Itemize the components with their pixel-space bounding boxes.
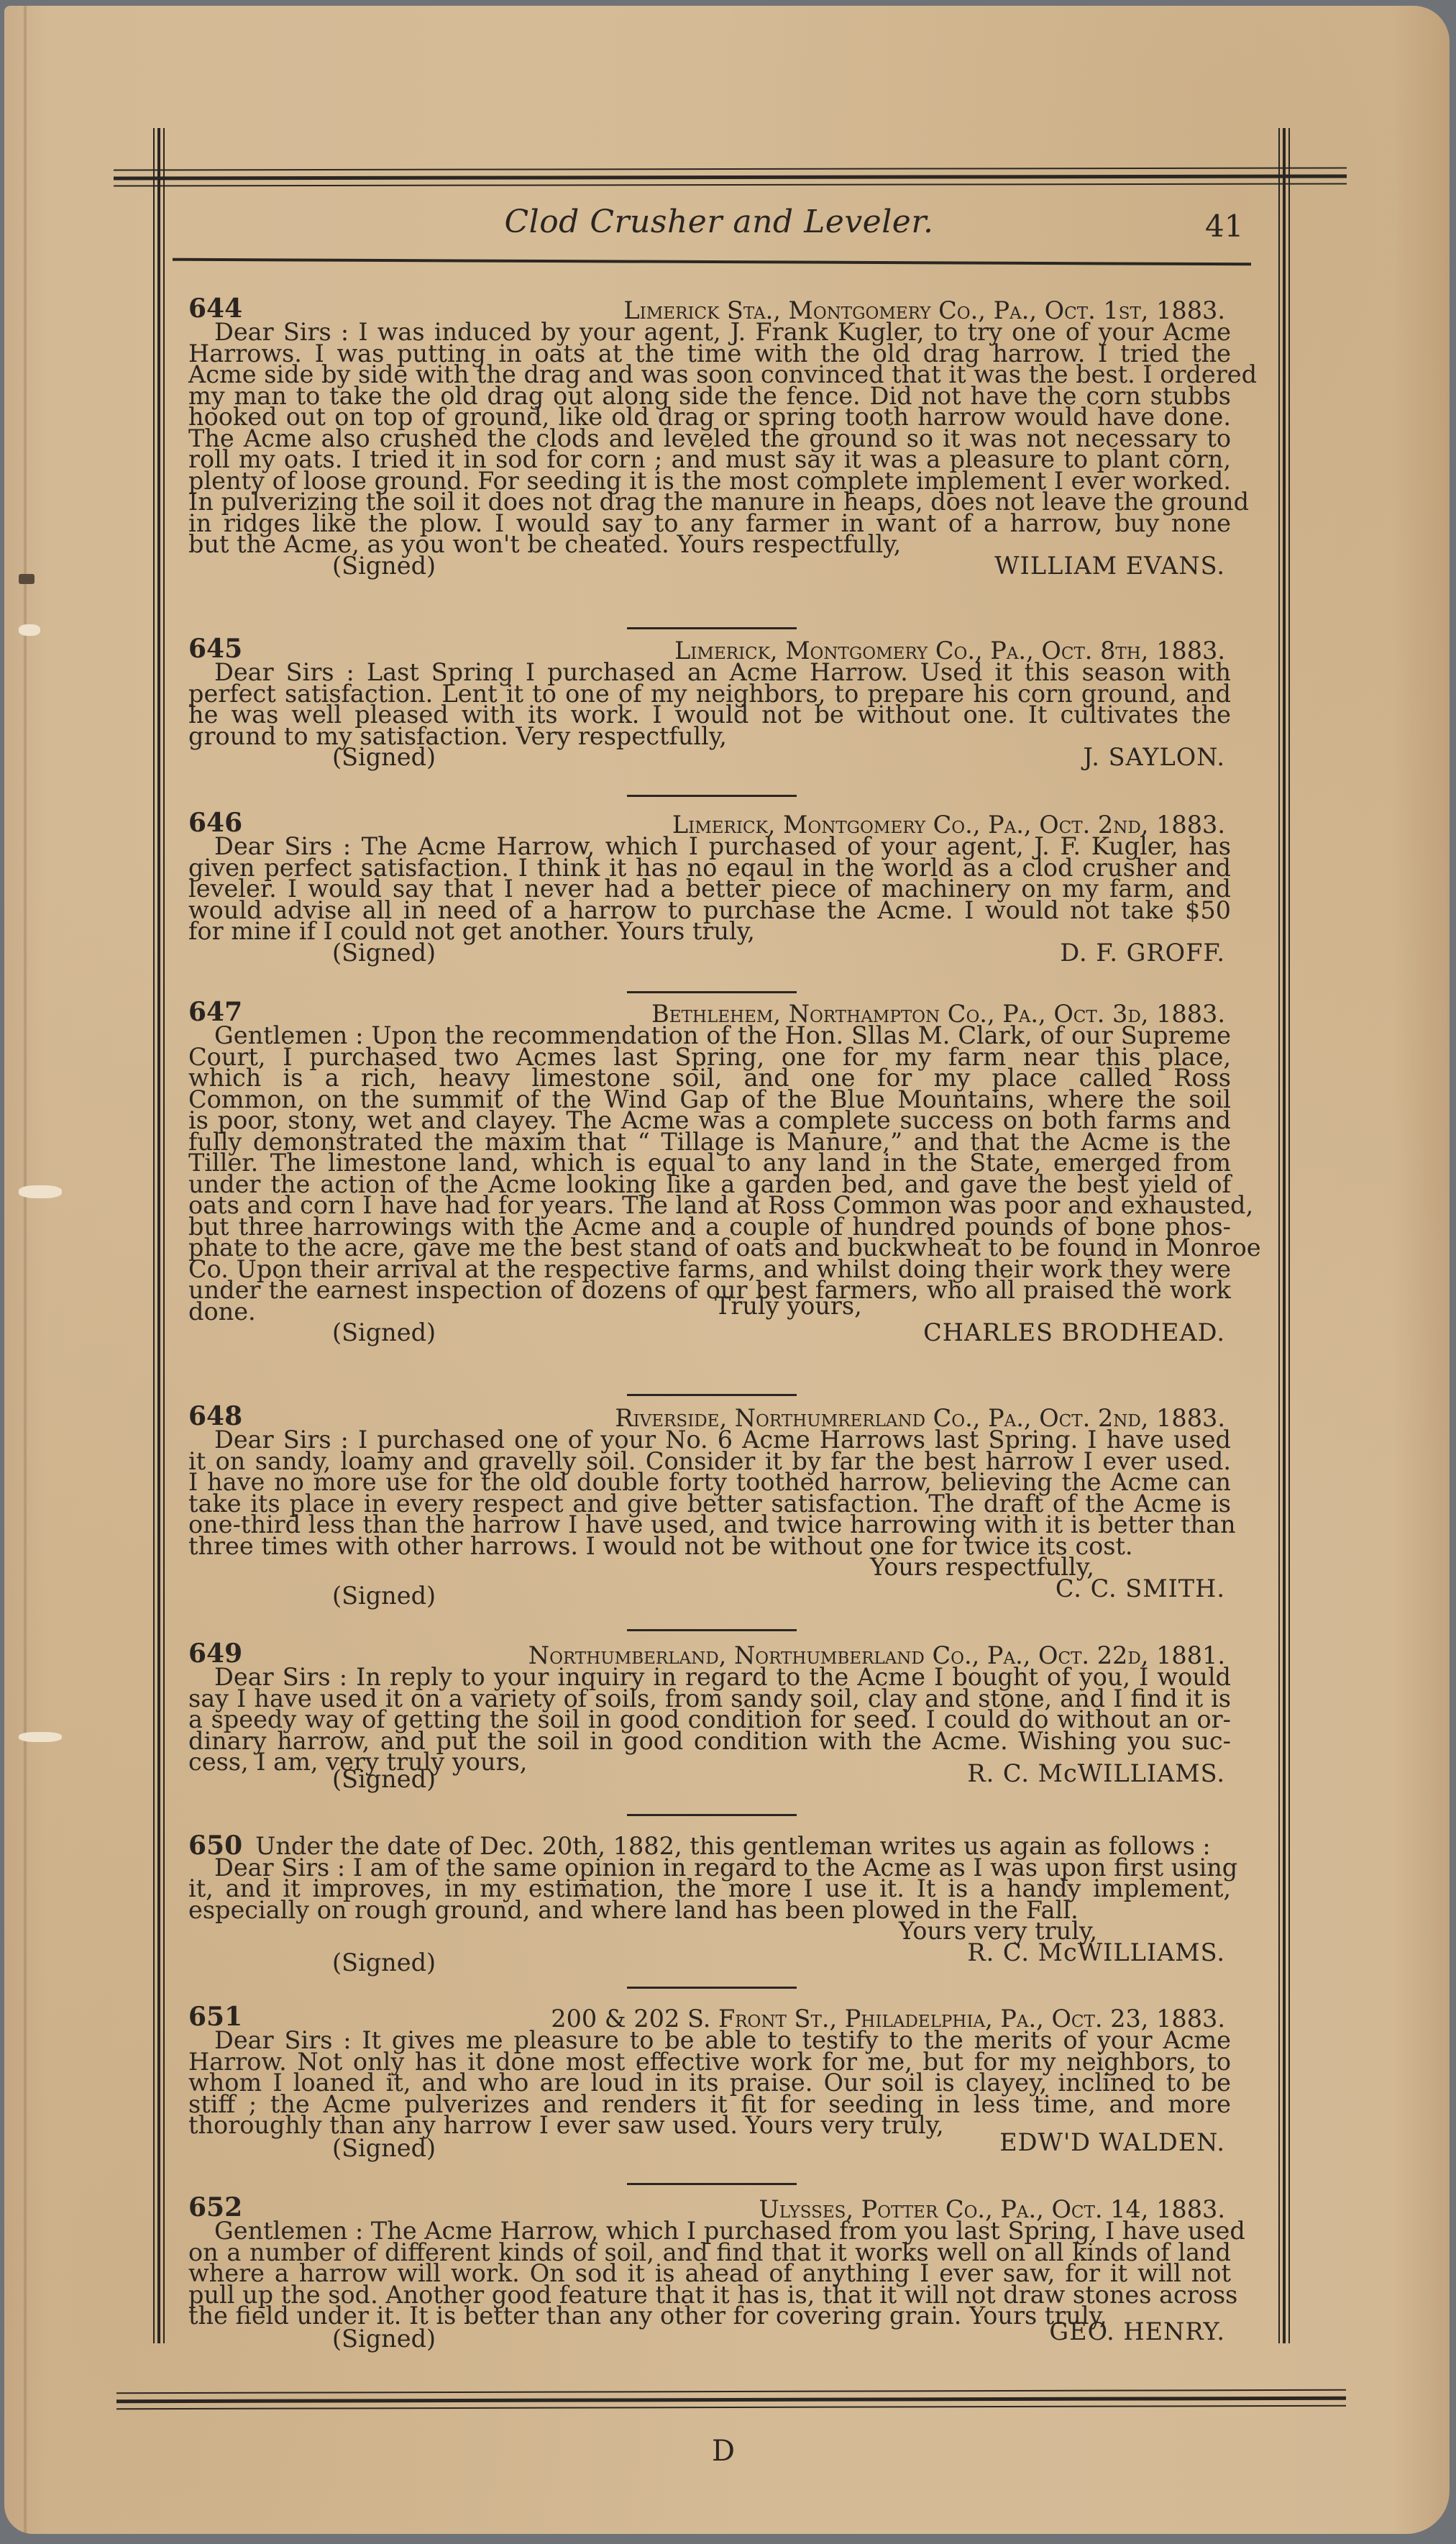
testimonial-place-date: Ulysses, Potter Co., Pa., Oct. 14, 1883.	[759, 2199, 1226, 2220]
signed-label: (Signed)	[332, 1769, 436, 1790]
signed-label: (Signed)	[332, 1322, 436, 1344]
signature-mark: D	[712, 2435, 735, 2468]
testimonial-number: 646	[188, 813, 242, 834]
separator-rule	[627, 1814, 797, 1816]
testimonial-646: 646 Limerick, Montgomery Co., Pa., Oct. …	[188, 813, 1231, 967]
top-border-rule	[114, 163, 1347, 194]
page-tear	[19, 624, 40, 636]
testimonial-number: 649	[188, 1643, 242, 1665]
signed-label: (Signed)	[332, 2328, 436, 2350]
testimonial-body: Dear Sirs : The Acme Harrow, which I pur…	[188, 836, 1231, 942]
separator-rule	[627, 627, 797, 629]
signer-name: WILLIAM EVANS.	[994, 555, 1225, 577]
testimonial-number: 645	[188, 639, 242, 660]
signed-label: (Signed)	[332, 747, 436, 768]
testimonial-body: Dear Sirs : It gives me pleasure to be a…	[188, 2030, 1231, 2136]
testimonial-number: 648	[188, 1406, 242, 1428]
signer-name: R. C. McWILLIAMS.	[967, 1763, 1225, 1784]
signed-label: (Signed)	[332, 1952, 436, 1974]
testimonial-place-date: Riverside, Northumrerland Co., Pa., Oct.…	[615, 1408, 1225, 1429]
closing-salutation: Truly yours,	[715, 1295, 862, 1317]
testimonial-body: Dear Sirs : I am of the same opinion in …	[188, 1857, 1231, 1942]
separator-rule	[627, 1987, 797, 1989]
signer-name: D. F. GROFF.	[1060, 942, 1225, 964]
separator-rule	[627, 991, 797, 993]
separator-rule	[627, 795, 797, 797]
ink-mark	[19, 574, 35, 584]
signed-label: (Signed)	[332, 555, 436, 577]
testimonial-body: Gentlemen : Upon the recommendation of t…	[188, 1025, 1231, 1322]
signed-label: (Signed)	[332, 942, 436, 964]
signed-label: (Signed)	[332, 1585, 436, 1607]
testimonial-body: Dear Sirs : I was induced by your agent,…	[188, 322, 1231, 555]
testimonial-650: 650Under the date of Dec. 20th, 1882, th…	[188, 1836, 1231, 1971]
body-line: under the earnest inspection of dozens o…	[188, 1280, 1231, 1301]
testimonial-number: 647	[188, 1002, 242, 1023]
right-border-rule	[1278, 128, 1291, 2343]
testimonial-645: 645 Limerick, Montgomery Co., Pa., Oct. …	[188, 639, 1231, 771]
testimonial-number: 651	[188, 2007, 242, 2028]
page-tear	[19, 1185, 62, 1198]
testimonial-number: 652	[188, 2197, 242, 2219]
signer-name: J. SAYLON.	[1083, 747, 1225, 768]
testimonial-number: 644	[188, 298, 242, 320]
signer-name: C. C. SMITH.	[1056, 1578, 1225, 1600]
signer-name: EDW'D WALDEN.	[999, 2132, 1225, 2153]
body-line: done.	[188, 1301, 256, 1323]
testimonial-place-date: Limerick, Montgomery Co., Pa., Oct. 8th,…	[674, 640, 1225, 662]
testimonial-651: 651 200 & 202 S. Front St., Philadelphia…	[188, 2007, 1231, 2156]
testimonial-647: 647 Bethlehem, Northampton Co., Pa., Oct…	[188, 1002, 1231, 1346]
testimonial-649: 649 Northumberland, Northumberland Co., …	[188, 1643, 1231, 1787]
signed-label: (Signed)	[332, 2138, 436, 2159]
testimonial-body: Dear Sirs : In reply to your inquiry in …	[188, 1667, 1231, 1773]
separator-rule	[627, 1629, 797, 1631]
testimonial-place-date: Limerick Sta., Montgomery Co., Pa., Oct.…	[623, 300, 1225, 322]
left-border-rule	[153, 128, 166, 2343]
testimonial-body: Dear Sirs : Last Spring I purchased an A…	[188, 662, 1231, 747]
running-header-title: Clod Crusher and Leveler.	[431, 204, 1007, 240]
separator-rule	[627, 1394, 797, 1396]
separator-rule	[627, 2183, 797, 2185]
testimonial-body: Gentlemen : The Acme Harrow, which I pur…	[188, 2220, 1231, 2327]
testimonial-652: 652 Ulysses, Potter Co., Pa., Oct. 14, 1…	[188, 2197, 1231, 2345]
testimonial-place-date: 200 & 202 S. Front St., Philadelphia, Pa…	[551, 2008, 1225, 2030]
signer-name: R. C. McWILLIAMS.	[967, 1942, 1225, 1964]
testimonial-body: Dear Sirs : I purchased one of your No. …	[188, 1429, 1231, 1578]
page-number: 41	[1205, 209, 1243, 244]
signer-name: CHARLES BRODHEAD.	[923, 1322, 1225, 1344]
testimonial-644: 644 Limerick Sta., Montgomery Co., Pa., …	[188, 298, 1231, 580]
page-tear	[19, 1732, 62, 1742]
testimonial-648: 648 Riverside, Northumrerland Co., Pa., …	[188, 1406, 1231, 1607]
testimonial-place-date: Northumberland, Northumberland Co., Pa.,…	[528, 1645, 1225, 1667]
testimonial-place-date: Bethlehem, Northampton Co., Pa., Oct. 3d…	[651, 1003, 1225, 1025]
testimonial-place-date: Limerick, Montgomery Co., Pa., Oct. 2nd,…	[672, 814, 1225, 836]
signer-name: GEO. HENRY.	[1049, 2321, 1225, 2343]
binding-edge	[23, 6, 27, 2534]
bottom-border-rule	[116, 2385, 1346, 2417]
